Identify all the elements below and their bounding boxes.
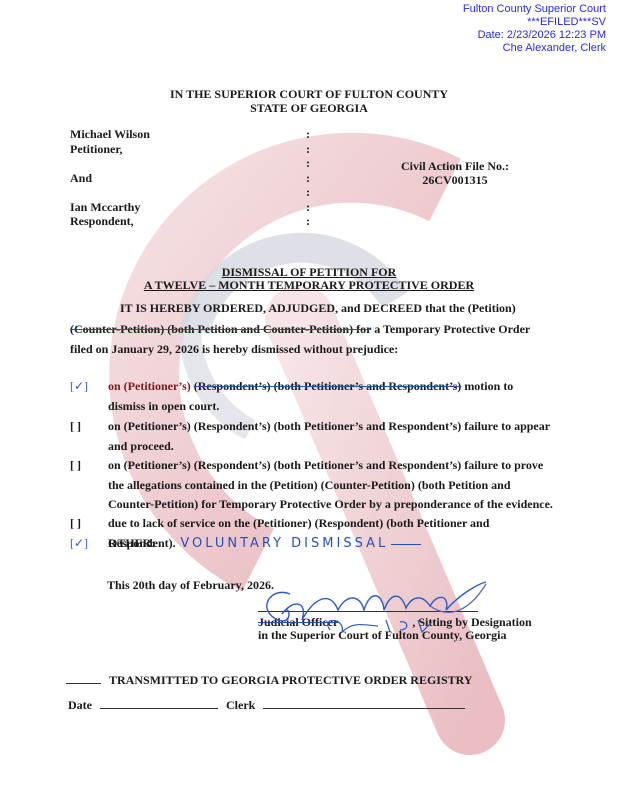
caption-colon: : bbox=[306, 127, 310, 141]
court-header: IN THE SUPERIOR COURT OF FULTON COUNTY S… bbox=[0, 87, 618, 115]
checkbox-checked-icon[interactable]: [✓] bbox=[70, 534, 100, 554]
other-handwritten-text: VOLUNTARY DISMISSAL bbox=[180, 536, 388, 551]
petitioner-label: Petitioner, bbox=[70, 142, 123, 156]
handwritten-underline bbox=[391, 544, 421, 545]
court-name: IN THE SUPERIOR COURT OF FULTON COUNTY bbox=[0, 87, 618, 101]
registry-label: TRANSMITTED TO GEORGIA PROTECTIVE ORDER … bbox=[109, 673, 473, 687]
caption-colon: : bbox=[306, 185, 310, 199]
checkbox-empty-icon[interactable]: [ ] bbox=[70, 514, 100, 534]
respondent-name-text: Ian Mccarthy bbox=[70, 200, 140, 214]
respondent-label: Respondent, bbox=[70, 214, 134, 228]
signed-date: This 20th day of February, 2026. bbox=[107, 578, 274, 593]
caption-colon: : bbox=[306, 142, 310, 156]
civil-action-label: Civil Action File No.: bbox=[380, 159, 530, 173]
option-struck-text: (Respondent’s) (both Petitioner’s and Re… bbox=[194, 379, 462, 393]
other-label: OTHER: bbox=[108, 536, 155, 550]
judge-signature-icon bbox=[250, 580, 490, 640]
document-page: Fulton County Superior Court ***EFILED**… bbox=[0, 0, 618, 800]
respondent-name: Ian Mccarthy bbox=[70, 200, 140, 214]
date-blank-field[interactable] bbox=[100, 708, 218, 709]
efile-status: ***EFILED***SV bbox=[463, 16, 606, 29]
option-text: on (Petitioner’s) (Respondent’s) (both P… bbox=[108, 456, 553, 515]
document-title: DISMISSAL OF PETITION FOR A TWELVE – MON… bbox=[0, 266, 618, 292]
efile-clerk: Che Alexander, Clerk bbox=[463, 42, 606, 55]
caption-colon: : bbox=[306, 171, 310, 185]
clerk-blank-field[interactable] bbox=[263, 708, 465, 709]
clerk-label: Clerk bbox=[226, 698, 255, 712]
title-line-1: DISMISSAL OF PETITION FOR bbox=[222, 265, 397, 279]
efile-date: Date: 2/23/2026 12:23 PM bbox=[463, 29, 606, 42]
date-label: Date bbox=[68, 698, 92, 712]
efile-court: Fulton County Superior Court bbox=[463, 3, 606, 16]
checkbox-checked-icon[interactable]: [✓] bbox=[70, 377, 100, 397]
caption-colon: : bbox=[306, 214, 310, 228]
checkbox-empty-icon[interactable]: [ ] bbox=[70, 417, 100, 437]
caption-colon: : bbox=[306, 156, 310, 170]
petitioner-name: Michael Wilson bbox=[70, 127, 150, 141]
option-text: on (Petitioner’s) (Respondent’s) (both P… bbox=[108, 417, 553, 456]
date-clerk-row: DateClerk bbox=[68, 698, 465, 713]
efile-stamp: Fulton County Superior Court ***EFILED**… bbox=[463, 3, 606, 55]
civil-action-block: Civil Action File No.: 26CV001315 bbox=[380, 159, 530, 187]
order-struck-text: (Counter-Petition) (both Petition and Co… bbox=[70, 322, 371, 336]
registry-blank-field[interactable] bbox=[66, 683, 101, 684]
caption-colon: : bbox=[306, 200, 310, 214]
and-label: And bbox=[70, 171, 92, 185]
order-paragraph: IT IS HEREBY ORDERED, ADJUDGED, and DECR… bbox=[70, 298, 550, 360]
civil-action-number: 26CV001315 bbox=[380, 173, 530, 187]
option-text-a: on (Petitioner’s) bbox=[108, 379, 194, 393]
checkbox-empty-icon[interactable]: [ ] bbox=[70, 456, 100, 476]
registry-transmittal: TRANSMITTED TO GEORGIA PROTECTIVE ORDER … bbox=[66, 673, 473, 688]
title-line-2: A TWELVE – MONTH TEMPORARY PROTECTIVE OR… bbox=[144, 278, 474, 292]
court-state: STATE OF GEORGIA bbox=[0, 101, 618, 115]
order-text-1: IT IS HEREBY ORDERED, ADJUDGED, and DECR… bbox=[120, 301, 516, 315]
